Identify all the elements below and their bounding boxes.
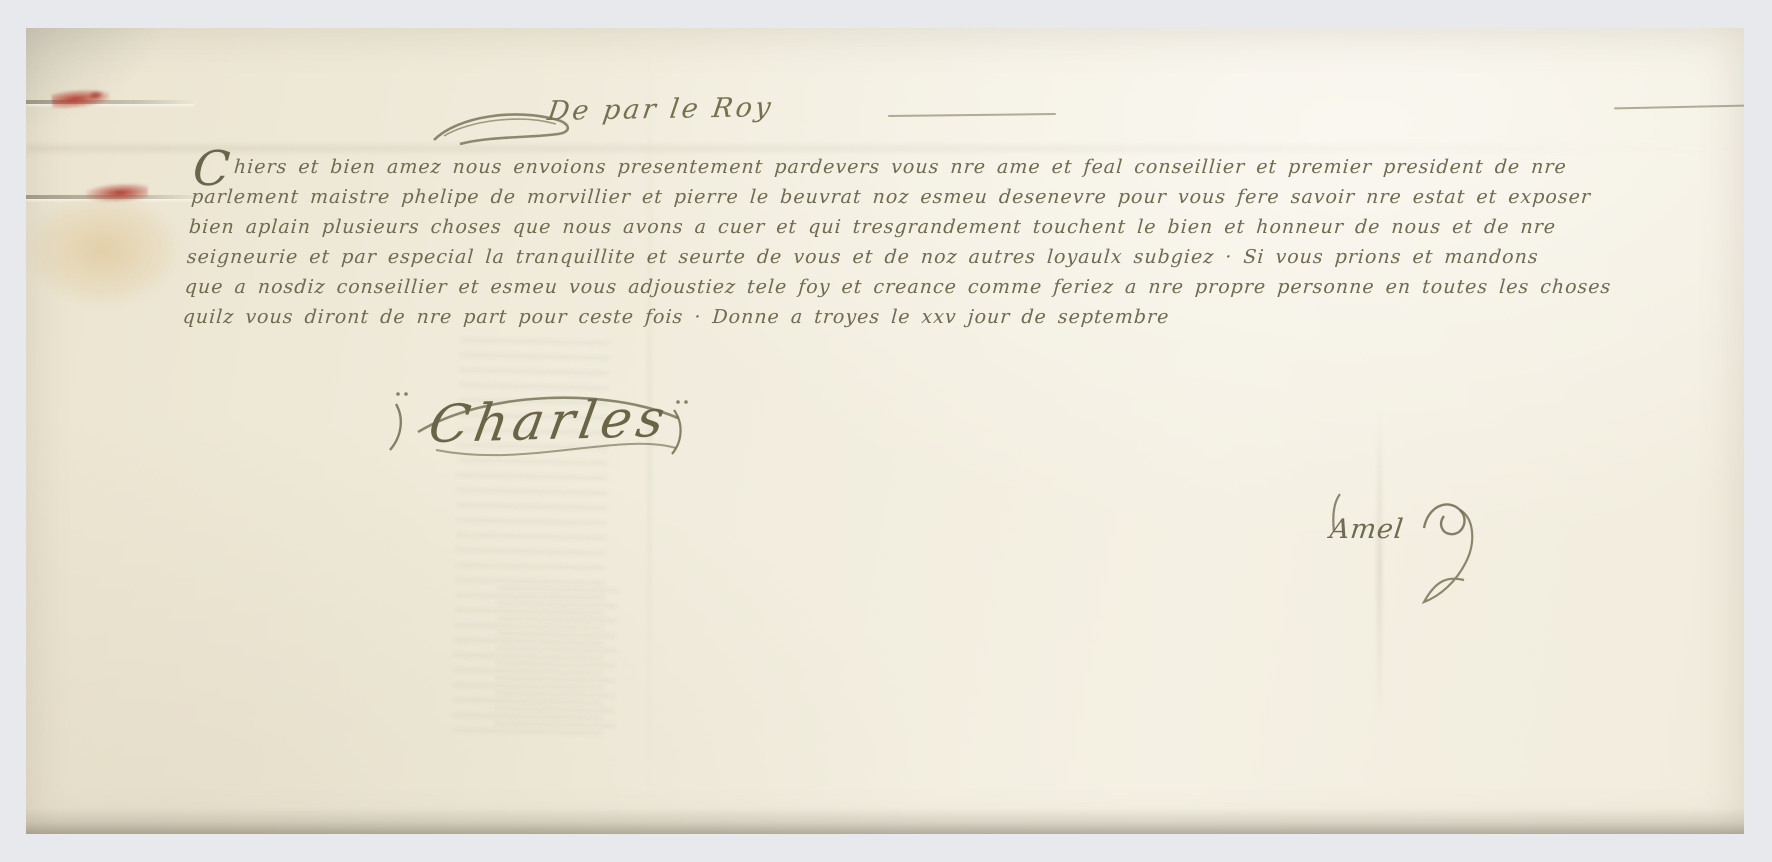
text-line: parlement maistre phelipe de morvillier … bbox=[190, 182, 1584, 212]
manuscript-photo: De par le Roy Chiers et bien amez nous e… bbox=[26, 28, 1744, 834]
verso-showthrough bbox=[494, 587, 617, 739]
text-line: bien aplain plusieurs choses que nous av… bbox=[188, 212, 1582, 242]
page: { "page": { "description": "Photograph o… bbox=[0, 0, 1772, 862]
text-line-content: hiers et bien amez nous envoions present… bbox=[233, 156, 1567, 178]
letter-body: Chiers et bien amez nous envoions presen… bbox=[182, 152, 1587, 332]
line-filler-rule bbox=[888, 113, 1056, 117]
text-line: Chiers et bien amez nous envoions presen… bbox=[192, 152, 1586, 182]
heading-text: De par le Roy bbox=[546, 92, 776, 127]
royal-signature: Charles bbox=[378, 370, 718, 488]
countersignature-paraph-icon bbox=[1324, 484, 1524, 634]
line-filler-rule bbox=[1614, 105, 1744, 110]
fold-crease-horizontal bbox=[26, 146, 1744, 151]
text-line: seigneurie et par especial la tranquilli… bbox=[186, 242, 1580, 272]
text-line: que a nosdiz conseillier et esmeu vous a… bbox=[184, 272, 1578, 302]
letter-heading: De par le Roy bbox=[430, 80, 850, 160]
countersignature-text: Amel bbox=[1328, 514, 1406, 545]
signature-text: Charles bbox=[424, 389, 673, 455]
corner-shadow bbox=[26, 28, 176, 138]
secretary-countersignature: Amel bbox=[1324, 484, 1524, 634]
parchment-stain bbox=[28, 196, 178, 304]
text-line: quilz vous diront de nre part pour ceste… bbox=[182, 302, 1576, 332]
